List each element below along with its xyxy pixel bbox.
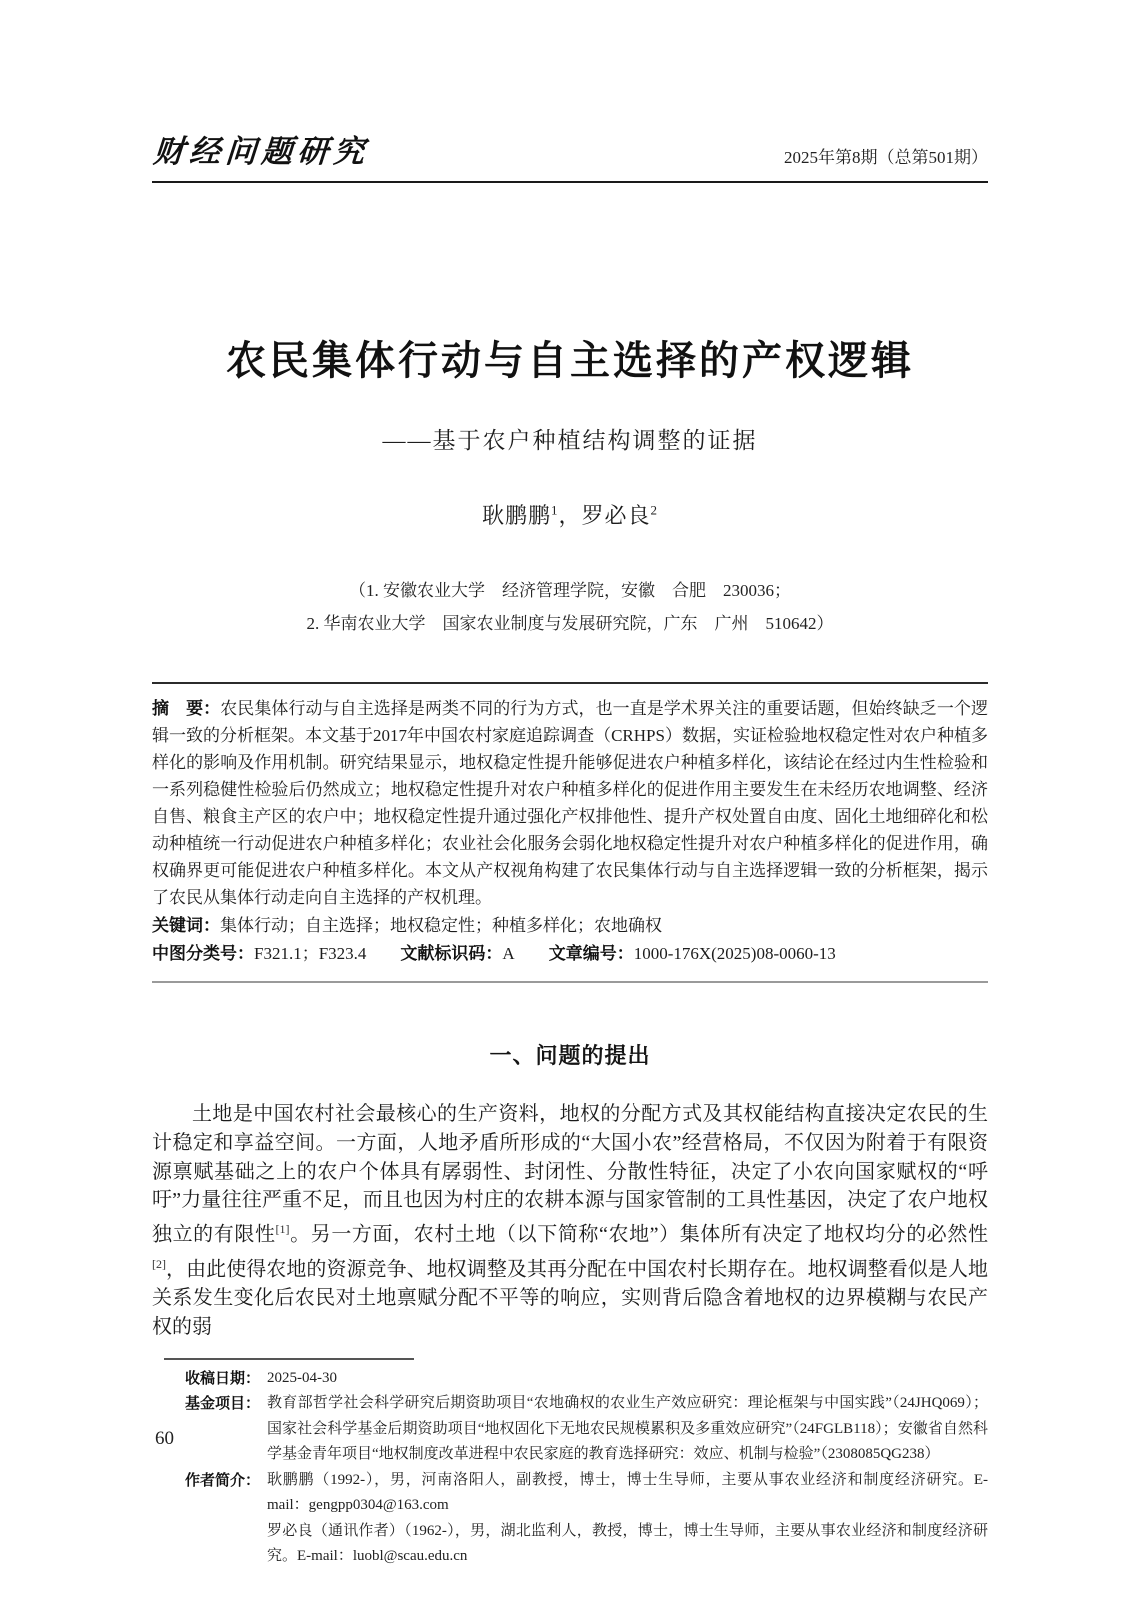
- author-1-name: 耿鹏鹏: [482, 503, 551, 528]
- affiliations: （1. 安徽农业大学 经济管理学院，安徽 合肥 230036； 2. 华南农业大…: [152, 574, 988, 640]
- reference-mark-1: [1]: [276, 1222, 290, 1236]
- page-header: 财经问题研究 2025年第8期（总第501期）: [152, 0, 988, 183]
- affiliation-line-2: 2. 华南农业大学 国家农业制度与发展研究院，广东 广州 510642）: [152, 607, 988, 640]
- body-paragraph: 土地是中国农村社会最核心的生产资料，地权的分配方式及其权能结构直接决定农民的生计…: [152, 1100, 988, 1342]
- fund-project-row: 基金项目： 教育部哲学社会科学研究后期资助项目“农地确权的农业生产效应研究：理论…: [152, 1391, 988, 1468]
- author-bio-label: 作者简介：: [185, 1468, 267, 1519]
- clc-value: F321.1；F323.4: [254, 944, 366, 963]
- footnote-divider: [164, 1358, 414, 1360]
- article-id-label: 文章编号：: [549, 944, 634, 963]
- author-2-name: 罗必良: [582, 503, 651, 528]
- author-bio-line-2: 罗必良（通讯作者）（1962-），男，湖北监利人，教授，博士，博士生导师，主要从…: [267, 1519, 988, 1570]
- article-content: 农民集体行动与自主选择的产权逻辑 ——基于农户种植结构调整的证据 耿鹏鹏1，罗必…: [152, 329, 988, 1342]
- received-date-value: 2025-04-30: [267, 1366, 988, 1392]
- article-subtitle: ——基于农户种植结构调整的证据: [152, 422, 988, 455]
- authors-separator: ，: [558, 503, 581, 528]
- body-text-segment-2: 。另一方面，农村土地（以下简称“农地”）集体所有决定了地权均分的必然性: [290, 1224, 988, 1246]
- journal-logo: 财经问题研究: [152, 126, 371, 171]
- doc-code-label: 文献标识码：: [400, 944, 502, 963]
- classification-line: 中图分类号：F321.1；F323.4文献标识码：A文章编号：1000-176X…: [152, 940, 988, 967]
- header-divider: [152, 181, 988, 183]
- abstract-text: 农民集体行动与自主选择是两类不同的行为方式，也一直是学术界关注的重要话题，但始终…: [152, 699, 988, 907]
- author-bio-row: 作者简介： 耿鹏鹏（1992-），男，河南洛阳人，副教授，博士，博士生导师，主要…: [152, 1468, 988, 1519]
- article-id-value: 1000-176X(2025)08-0060-13: [634, 944, 836, 963]
- doc-code-value: A: [502, 944, 514, 963]
- received-date-row: 收稿日期： 2025-04-30: [152, 1366, 988, 1392]
- article-title: 农民集体行动与自主选择的产权逻辑: [152, 329, 988, 386]
- section-heading: 一、问题的提出: [152, 1039, 988, 1070]
- author-bio-continuation-row: 罗必良（通讯作者）（1962-），男，湖北监利人，教授，博士，博士生导师，主要从…: [152, 1519, 988, 1570]
- page-number: 60: [155, 1428, 174, 1450]
- fund-project-value: 教育部哲学社会科学研究后期资助项目“农地确权的农业生产效应研究：理论框架与中国实…: [267, 1391, 988, 1468]
- abstract-label: 摘 要：: [152, 699, 220, 718]
- author-bio-line-1: 耿鹏鹏（1992-），男，河南洛阳人，副教授，博士，博士生导师，主要从事农业经济…: [267, 1468, 988, 1519]
- journal-page: 财经问题研究 2025年第8期（总第501期） 农民集体行动与自主选择的产权逻辑…: [0, 0, 1140, 1600]
- author-2-superscript: 2: [651, 503, 659, 518]
- abstract-paragraph: 摘 要：农民集体行动与自主选择是两类不同的行为方式，也一直是学术界关注的重要话题…: [152, 695, 988, 911]
- header-row: 财经问题研究 2025年第8期（总第501期）: [152, 126, 988, 181]
- keywords-line: 关键词：集体行动；自主选择；地权稳定性；种植多样化；农地确权: [152, 912, 988, 939]
- clc-label: 中图分类号：: [152, 944, 254, 963]
- footnotes-block: 收稿日期： 2025-04-30 基金项目： 教育部哲学社会科学研究后期资助项目…: [152, 1358, 988, 1570]
- abstract-block: 摘 要：农民集体行动与自主选择是两类不同的行为方式，也一直是学术界关注的重要话题…: [152, 682, 988, 983]
- keywords-label: 关键词：: [152, 916, 220, 935]
- affiliation-line-1: （1. 安徽农业大学 经济管理学院，安徽 合肥 230036；: [152, 574, 988, 607]
- received-date-label: 收稿日期：: [185, 1366, 267, 1392]
- reference-mark-2: [2]: [152, 1257, 166, 1271]
- fund-project-label: 基金项目：: [185, 1391, 267, 1468]
- authors-line: 耿鹏鹏1，罗必良2: [152, 499, 988, 530]
- keywords-text: 集体行动；自主选择；地权稳定性；种植多样化；农地确权: [220, 916, 662, 935]
- issue-info: 2025年第8期（总第501期）: [784, 143, 988, 171]
- body-text-segment-3: ，由此使得农地的资源竞争、地权调整及其再分配在中国农村长期存在。地权调整看似是人…: [152, 1258, 988, 1338]
